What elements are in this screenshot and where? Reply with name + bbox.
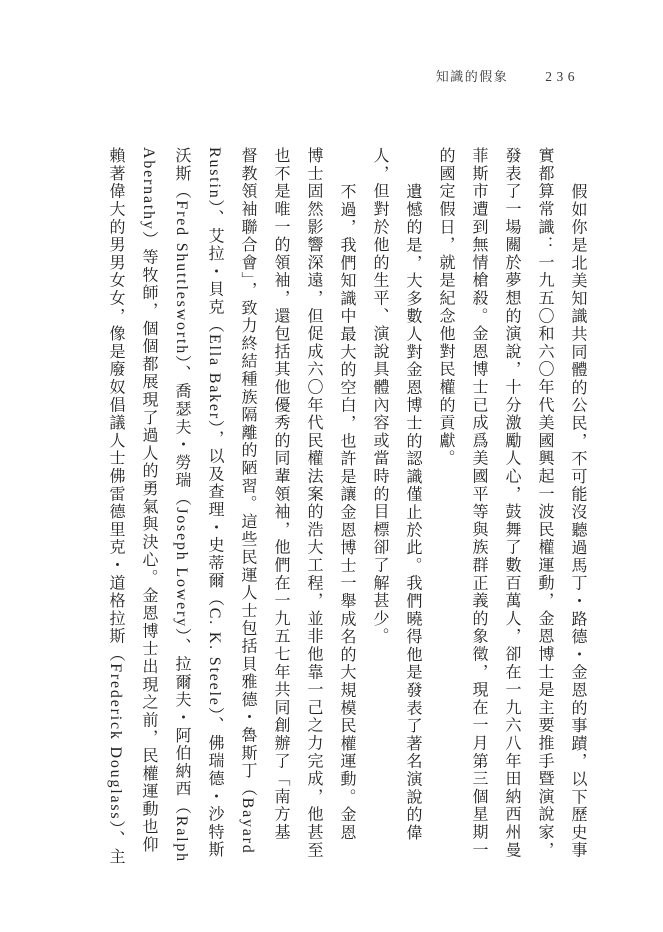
- page-number: 236: [545, 69, 579, 85]
- text-column: 實都算常識：一九五〇和六〇年代美國興起一波民權運動，金恩博士是主要推手暨演說家，: [528, 147, 561, 887]
- text-column: 菲斯市遭到無情槍殺。金恩博士已成爲美國平等與族群正義的象徵，現在一月第三個星期一: [462, 147, 495, 887]
- text-column: 遺憾的是，大多數人對金恩博士的認識僅止於此。我們曉得他是發表了著名演說的偉: [396, 147, 429, 923]
- text-column: 發表了一場關於夢想的演說，十分激勵人心，鼓舞了數百萬人，卻在一九六八年田納西州曼: [495, 147, 528, 887]
- vertical-text-block: 假如你是北美知識共同體的公民，不可能沒聽過馬丁・路德・金恩的事蹟，以下歷史事 實…: [99, 147, 594, 887]
- running-head: 知識的假象 236: [436, 66, 579, 85]
- text-column: 督教領袖聯合會」，致力終結種族隔離的陋習。這些民運人士包括貝雅德・魯斯丁（Bay…: [231, 147, 264, 887]
- text-column: 也不是唯一的領袖，還包括其他優秀的同輩領袖，他們在一九五七年共同創辦了「南方基: [264, 147, 297, 887]
- text-column: 博士固然影響深遠，但促成六〇年代民權法案的浩大工程，並非他靠一己之力完成，他甚至: [297, 147, 330, 887]
- book-title: 知識的假象: [436, 66, 509, 85]
- book-page: 知識的假象 236 假如你是北美知識共同體的公民，不可能沒聽過馬丁・路德・金恩的…: [0, 0, 663, 932]
- text-column: 賴著偉大的男男女女，像是廢奴倡議人士佛雷德里克・道格拉斯（Frederick D…: [99, 147, 132, 887]
- text-column: 沃斯（Fred Shuttlesworth）、喬瑟夫・勞瑞（Joseph Low…: [165, 147, 198, 887]
- text-column: 假如你是北美知識共同體的公民，不可能沒聽過馬丁・路德・金恩的事蹟，以下歷史事: [561, 147, 594, 923]
- text-column: 人，但對於他的生平、演說具體內容或當時的目標卻了解甚少。: [363, 147, 396, 887]
- text-column: Abernathy）等牧師，個個都展現了過人的勇氣與決心。金恩博士出現之前，民權…: [132, 147, 165, 887]
- text-column: 的國定假日，就是紀念他對民權的貢獻。: [429, 147, 462, 887]
- text-column: Rustin）、艾拉・貝克（Ella Baker），以及查理・史蒂爾（C. K.…: [198, 147, 231, 887]
- text-column: 不過，我們知識中最大的空白，也許是讓金恩博士一舉成名的大規模民權運動。金恩: [330, 147, 363, 923]
